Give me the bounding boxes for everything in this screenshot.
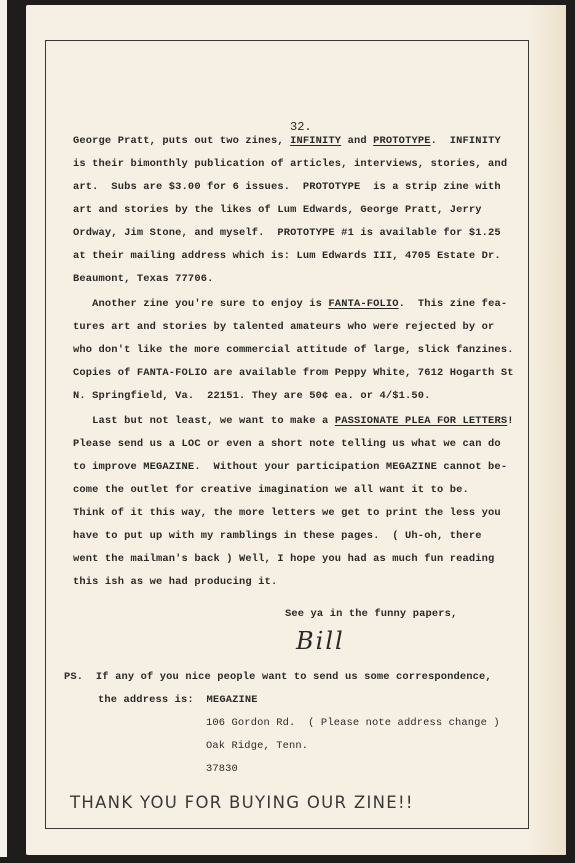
text-segment: . This zine fea- xyxy=(399,298,508,310)
text-segment: to improve MEGAZINE. Without your partic… xyxy=(73,461,507,473)
text-segment: and xyxy=(341,135,373,147)
paragraph-1-line: Beaumont, Texas 77706. xyxy=(73,273,213,285)
text-segment: tures art and stories by talented amateu… xyxy=(73,321,494,333)
text-segment: art. Subs are $3.00 for 6 issues. PROTOT… xyxy=(73,181,501,193)
footer-thank-you: THANK YOU FOR BUYING OUR ZINE!! xyxy=(70,793,414,812)
text-segment: Copies of FANTA-FOLIO are available from… xyxy=(73,367,514,379)
paragraph-3-line: this ish as we had producing it. xyxy=(73,576,277,588)
paragraph-1-line: art and stories by the likes of Lum Edwa… xyxy=(73,204,482,216)
paragraph-3-line: come the outlet for creative imagination… xyxy=(73,484,469,496)
scan-edge xyxy=(0,0,7,863)
paragraph-3-line: Last but not least, we want to make a PA… xyxy=(73,415,514,427)
paragraph-3-line: have to put up with my ramblings in thes… xyxy=(73,530,482,542)
paragraph-1-line: at their mailing address which is: Lum E… xyxy=(73,250,501,262)
address-line-3: 37830 xyxy=(206,763,238,775)
paragraph-2-line: Another zine you're sure to enjoy is FAN… xyxy=(73,298,507,310)
underlined-title: INFINITY xyxy=(290,135,341,147)
page-number: 32. xyxy=(290,120,312,134)
text-segment: this ish as we had producing it. xyxy=(73,576,277,588)
text-segment: art and stories by the likes of Lum Edwa… xyxy=(73,204,482,216)
signature: Bill xyxy=(296,627,345,655)
address-line-2: Oak Ridge, Tenn. xyxy=(206,740,308,752)
text-segment: at their mailing address which is: Lum E… xyxy=(73,250,501,262)
paragraph-2-line: N. Springfield, Va. 22151. They are 50¢ … xyxy=(73,390,431,402)
text-segment: Ordway, Jim Stone, and myself. PROTOTYPE… xyxy=(73,227,501,239)
scan-bottom-edge xyxy=(0,857,575,863)
paragraph-2-line: tures art and stories by talented amateu… xyxy=(73,321,494,333)
ps-line-1: PS. If any of you nice people want to se… xyxy=(64,671,492,683)
text-segment: George Pratt, puts out two zines, xyxy=(73,135,290,147)
underlined-title: PASSIONATE PLEA FOR LETTERS xyxy=(335,415,507,427)
text-segment: went the mailman's back ) Well, I hope y… xyxy=(73,553,494,565)
paragraph-1-line: art. Subs are $3.00 for 6 issues. PROTOT… xyxy=(73,181,501,193)
underlined-title: PROTOTYPE xyxy=(373,135,430,147)
text-segment: . INFINITY xyxy=(431,135,501,147)
text-segment: Think of it this way, the more letters w… xyxy=(73,507,501,519)
paragraph-2-line: Copies of FANTA-FOLIO are available from… xyxy=(73,367,514,379)
text-segment: is their bimonthly publication of articl… xyxy=(73,158,507,170)
text-segment: have to put up with my ramblings in thes… xyxy=(73,530,482,542)
text-segment: Another zine you're sure to enjoy is xyxy=(73,298,328,310)
ps-line-2: the address is: MEGAZINE xyxy=(98,694,258,706)
paragraph-3-line: Please send us a LOC or even a short not… xyxy=(73,438,501,450)
paragraph-1-line: Ordway, Jim Stone, and myself. PROTOTYPE… xyxy=(73,227,501,239)
text-segment: N. Springfield, Va. 22151. They are 50¢ … xyxy=(73,390,431,402)
paragraph-3-line: went the mailman's back ) Well, I hope y… xyxy=(73,553,494,565)
text-segment: Beaumont, Texas 77706. xyxy=(73,273,213,285)
paragraph-1-line: is their bimonthly publication of articl… xyxy=(73,158,507,170)
paragraph-1-line: George Pratt, puts out two zines, INFINI… xyxy=(73,135,501,147)
paragraph-3-line: Think of it this way, the more letters w… xyxy=(73,507,501,519)
underlined-title: FANTA-FOLIO xyxy=(328,298,398,310)
text-segment: Last but not least, we want to make a xyxy=(73,415,335,427)
text-segment: who don't like the more commercial attit… xyxy=(73,344,514,356)
closing-line: See ya in the funny papers, xyxy=(285,608,457,620)
text-segment: come the outlet for creative imagination… xyxy=(73,484,469,496)
text-segment: Please send us a LOC or even a short not… xyxy=(73,438,501,450)
paragraph-3-line: to improve MEGAZINE. Without your partic… xyxy=(73,461,507,473)
paragraph-2-line: who don't like the more commercial attit… xyxy=(73,344,514,356)
zine-page: 32. George Pratt, puts out two zines, IN… xyxy=(26,5,566,855)
page-shading xyxy=(526,5,566,855)
text-segment: ! xyxy=(507,415,513,427)
address-line-1: 106 Gordon Rd. ( Please note address cha… xyxy=(206,717,500,729)
